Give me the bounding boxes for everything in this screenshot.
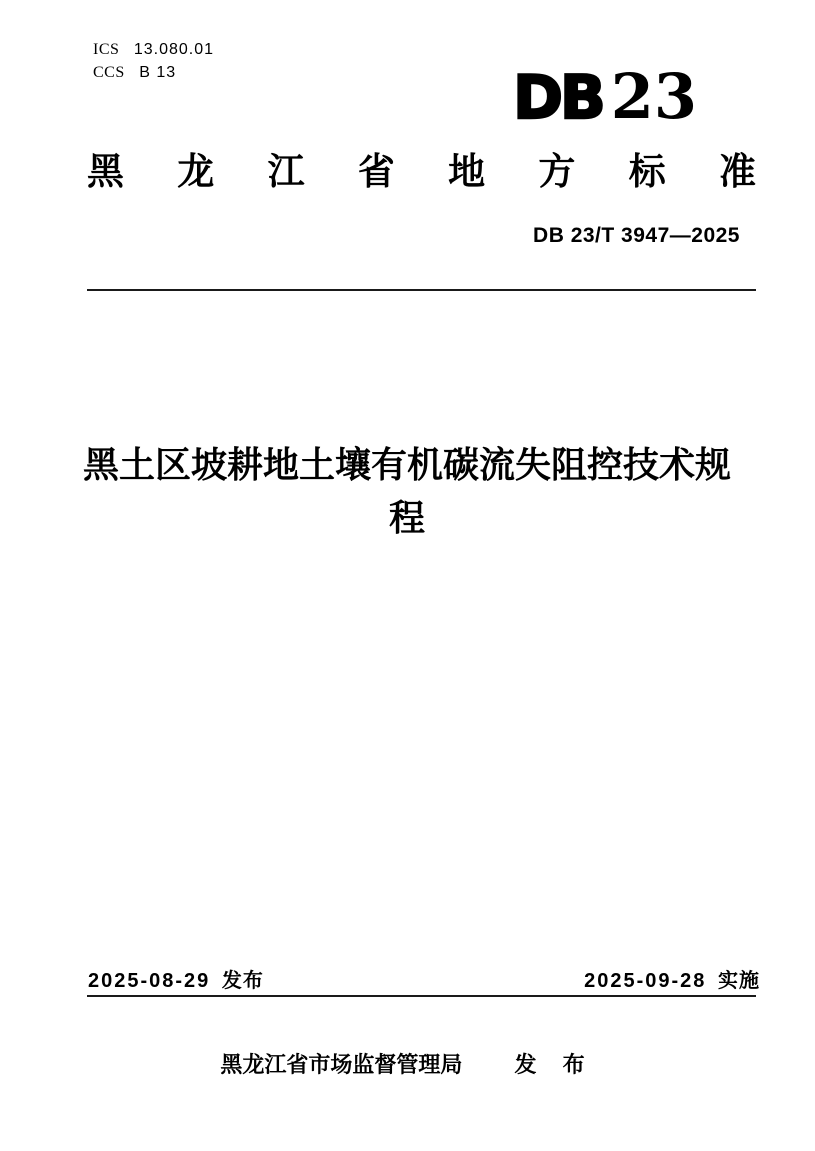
logo-region-number: 23 — [611, 60, 697, 133]
standard-number: DB 23/T 3947—2025 — [533, 224, 740, 248]
ccs-label: CCS — [93, 64, 125, 81]
logo-db-text: DB — [513, 63, 603, 133]
issue-date: 2025-08-29 — [88, 970, 210, 992]
heading-char: 地 — [448, 150, 485, 194]
standard-title: 黑土区坡耕地土壤有机碳流失阻控技术规程 — [77, 438, 737, 544]
heading-char: 方 — [538, 150, 575, 194]
province-standard-heading: 黑 龙 江 省 地 方 标 准 — [87, 150, 756, 194]
implementation-date-label: 实施 — [718, 970, 760, 992]
heading-char: 黑 — [87, 150, 124, 194]
dates-row: 2025-08-29 发布 2025-09-28 实施 — [88, 964, 760, 993]
publisher-action: 发 布 — [515, 1052, 595, 1077]
standard-cover-page: ICS 13.080.01 CCS B 13 DB23 黑 龙 江 省 地 方 … — [0, 0, 815, 1151]
ccs-row: CCS B 13 — [93, 61, 214, 84]
db23-logo: DB23 — [513, 66, 697, 128]
classification-codes: ICS 13.080.01 CCS B 13 — [93, 38, 214, 84]
publisher-name: 黑龙江省市场监督管理局 — [220, 1052, 462, 1077]
implementation-date: 2025-09-28 — [584, 970, 706, 992]
ics-label: ICS — [93, 41, 119, 58]
implementation-date-group: 2025-09-28 实施 — [584, 964, 760, 993]
ics-code: 13.080.01 — [134, 41, 214, 58]
heading-char: 标 — [629, 150, 666, 194]
issue-date-label: 发布 — [222, 970, 264, 992]
heading-char: 龙 — [177, 150, 214, 194]
heading-char: 江 — [268, 150, 305, 194]
ccs-code: B 13 — [139, 64, 176, 81]
top-divider-line — [87, 289, 756, 291]
ics-row: ICS 13.080.01 — [93, 38, 214, 61]
issue-date-group: 2025-08-29 发布 — [88, 964, 264, 993]
heading-char: 准 — [719, 150, 756, 194]
bottom-divider-line — [87, 995, 756, 997]
heading-char: 省 — [358, 150, 395, 194]
publisher-row: 黑龙江省市场监督管理局 发 布 — [0, 1048, 815, 1079]
